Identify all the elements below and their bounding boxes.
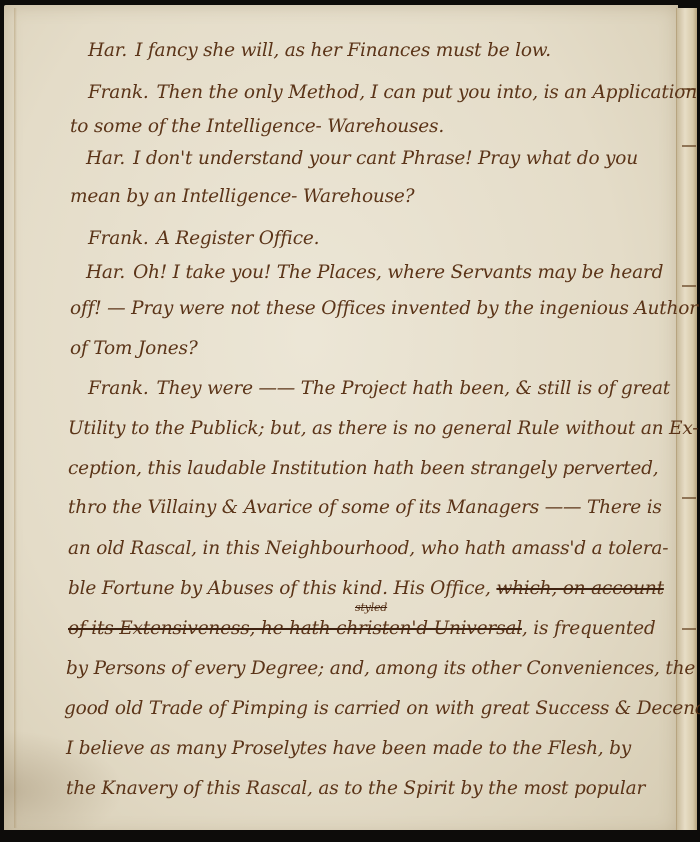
text-line: Frank.Then the only Method, I can put yo… (88, 82, 697, 103)
struck-text: of its Extensiveness, he hath christen'd… (68, 618, 522, 639)
speaker-name: Har. (88, 40, 127, 61)
speaker-name: Frank. (88, 82, 149, 103)
text-line: the Knavery of this Rascal, as to the Sp… (66, 778, 645, 799)
manuscript-text: Har.I fancy she will, as her Finances mu… (0, 0, 700, 842)
text-line: to some of the Intelligence- Warehouses. (70, 116, 444, 137)
interlinear-insertion: styled (355, 601, 387, 614)
speaker-name: Har. (86, 148, 125, 169)
speaker-name: Frank. (88, 228, 149, 249)
text-line: Utility to the Publick; but, as there is… (68, 418, 698, 439)
text-line: I believe as many Proselytes have been m… (66, 738, 631, 759)
text-line: Frank.They were —— The Project hath been… (88, 378, 670, 399)
text-line: an old Rascal, in this Neighbourhood, wh… (68, 538, 668, 559)
text-line: ble Fortune by Abuses of this kind. His … (68, 578, 664, 599)
text-line: good old Trade of Pimping is carried on … (64, 698, 700, 719)
text-line: off! — Pray were not these Offices inven… (70, 298, 698, 319)
text-line: Har.Oh! I take you! The Places, where Se… (86, 262, 663, 283)
speaker-name: Har. (86, 262, 125, 283)
text-line: by Persons of every Degree; and, among i… (66, 658, 695, 679)
text-line: of Tom Jones? (70, 338, 198, 359)
text-line: mean by an Intelligence- Warehouse? (70, 186, 414, 207)
text-line: thro the Villainy & Avarice of some of i… (68, 497, 662, 518)
text-line: of its Extensiveness, he hath christen'd… (68, 618, 655, 639)
text-line: ception, this laudable Institution hath … (68, 458, 658, 479)
text-line: Frank.A Register Office. (88, 228, 319, 249)
text-line: Har.I fancy she will, as her Finances mu… (88, 40, 551, 61)
struck-text: which, on account (496, 578, 663, 599)
text-line: Har.I don't understand your cant Phrase!… (86, 148, 638, 169)
speaker-name: Frank. (88, 378, 149, 399)
